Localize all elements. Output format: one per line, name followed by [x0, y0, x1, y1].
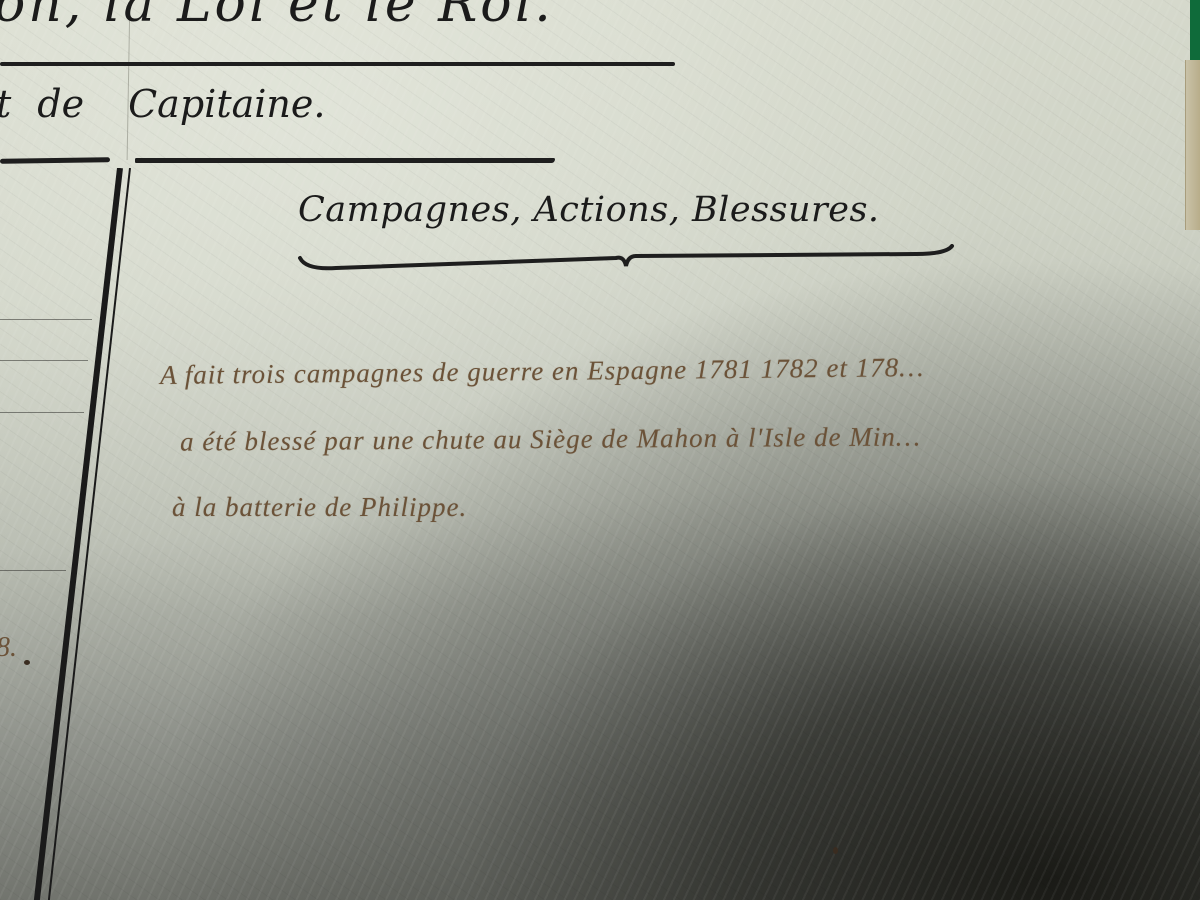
header-rule [0, 62, 675, 66]
manuscript-line-2: a été blessé par une chute au Siège de M… [180, 421, 921, 457]
left-margin-mark: 8. [0, 632, 17, 664]
document-photo: on, la Loi et le Roi. tdeCapitaine. Camp… [0, 0, 1200, 900]
paper-edge [1185, 60, 1200, 230]
ink-speck [833, 847, 838, 854]
rank-prefix: t [0, 82, 11, 126]
column-double-rule [22, 168, 132, 900]
manuscript-line-1: A fait trois campagnes de guerre en Espa… [160, 352, 924, 391]
manuscript-line-3: à la batterie de Philippe. [172, 492, 467, 523]
rank-rule-right [135, 158, 555, 163]
ledger-line [0, 360, 88, 361]
section-title: Campagnes, Actions, Blessures. [298, 190, 880, 230]
rank-title: Capitaine. [128, 82, 325, 126]
ledger-line [0, 570, 66, 571]
header-motto-fragment: on, la Loi et le Roi. [0, 0, 554, 34]
rank-line: tdeCapitaine. [0, 82, 325, 126]
ledger-line [0, 412, 84, 413]
rank-rule-left [0, 157, 110, 164]
rank-connector: de [37, 82, 84, 126]
ledger-line [0, 319, 92, 320]
curly-brace-rule [296, 244, 956, 274]
ink-speck [24, 660, 30, 665]
